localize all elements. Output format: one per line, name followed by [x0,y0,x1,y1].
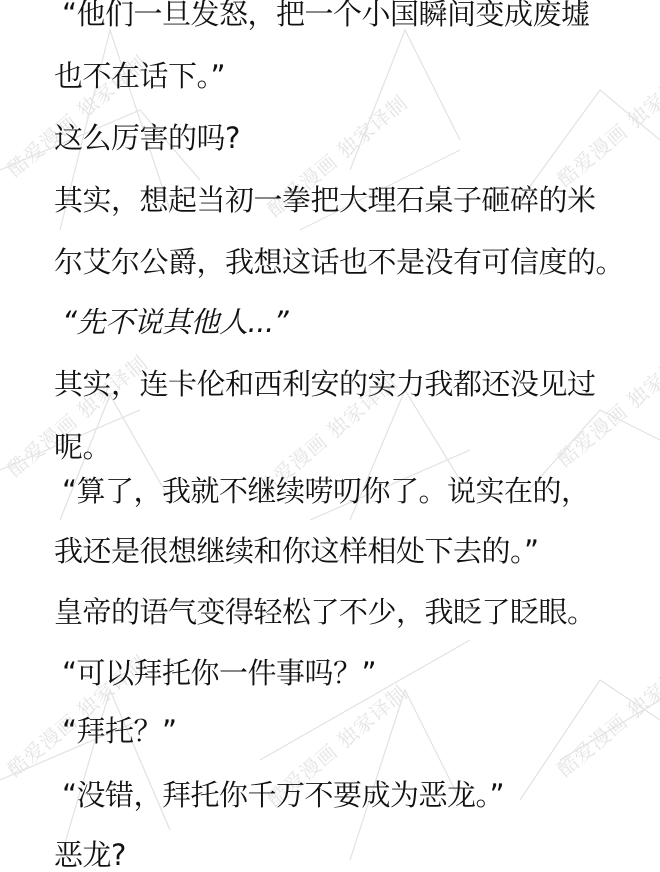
text-line: “没错，拜托你千万不要成为恶龙。” [62,778,504,812]
text-line: “算了，我就不继续唠叨你了。说实在的， [62,474,590,508]
text-line: 这么厉害的吗? [54,121,240,155]
text-line: 其实，想起当初一拳把大理石桌子砸碎的米 [54,183,596,217]
text-line: 呢。 [54,430,111,464]
novel-text-page: “他们一旦发怒，把一个小国瞬间变成废墟也不在话下。”这么厉害的吗?其实，想起当初… [0,0,660,872]
text-line: 尔艾尔公爵，我想这话也不是没有可信度的。 [54,245,624,279]
text-line: 恶龙? [54,838,126,872]
text-line: “可以拜托你一件事吗？” [62,656,376,690]
text-line: 其实，连卡伦和西利安的实力我都还没见过 [54,367,596,401]
text-line: “先不说其他人...” [62,305,288,339]
text-line: 也不在话下。” [54,59,225,93]
text-line: “拜托？” [62,714,177,748]
text-line: 我还是很想继续和你这样相处下去的。” [54,534,539,568]
text-line: 皇帝的语气变得轻松了不少，我眨了眨眼。 [54,595,596,629]
text-line: “他们一旦发怒，把一个小国瞬间变成废墟 [62,0,590,31]
